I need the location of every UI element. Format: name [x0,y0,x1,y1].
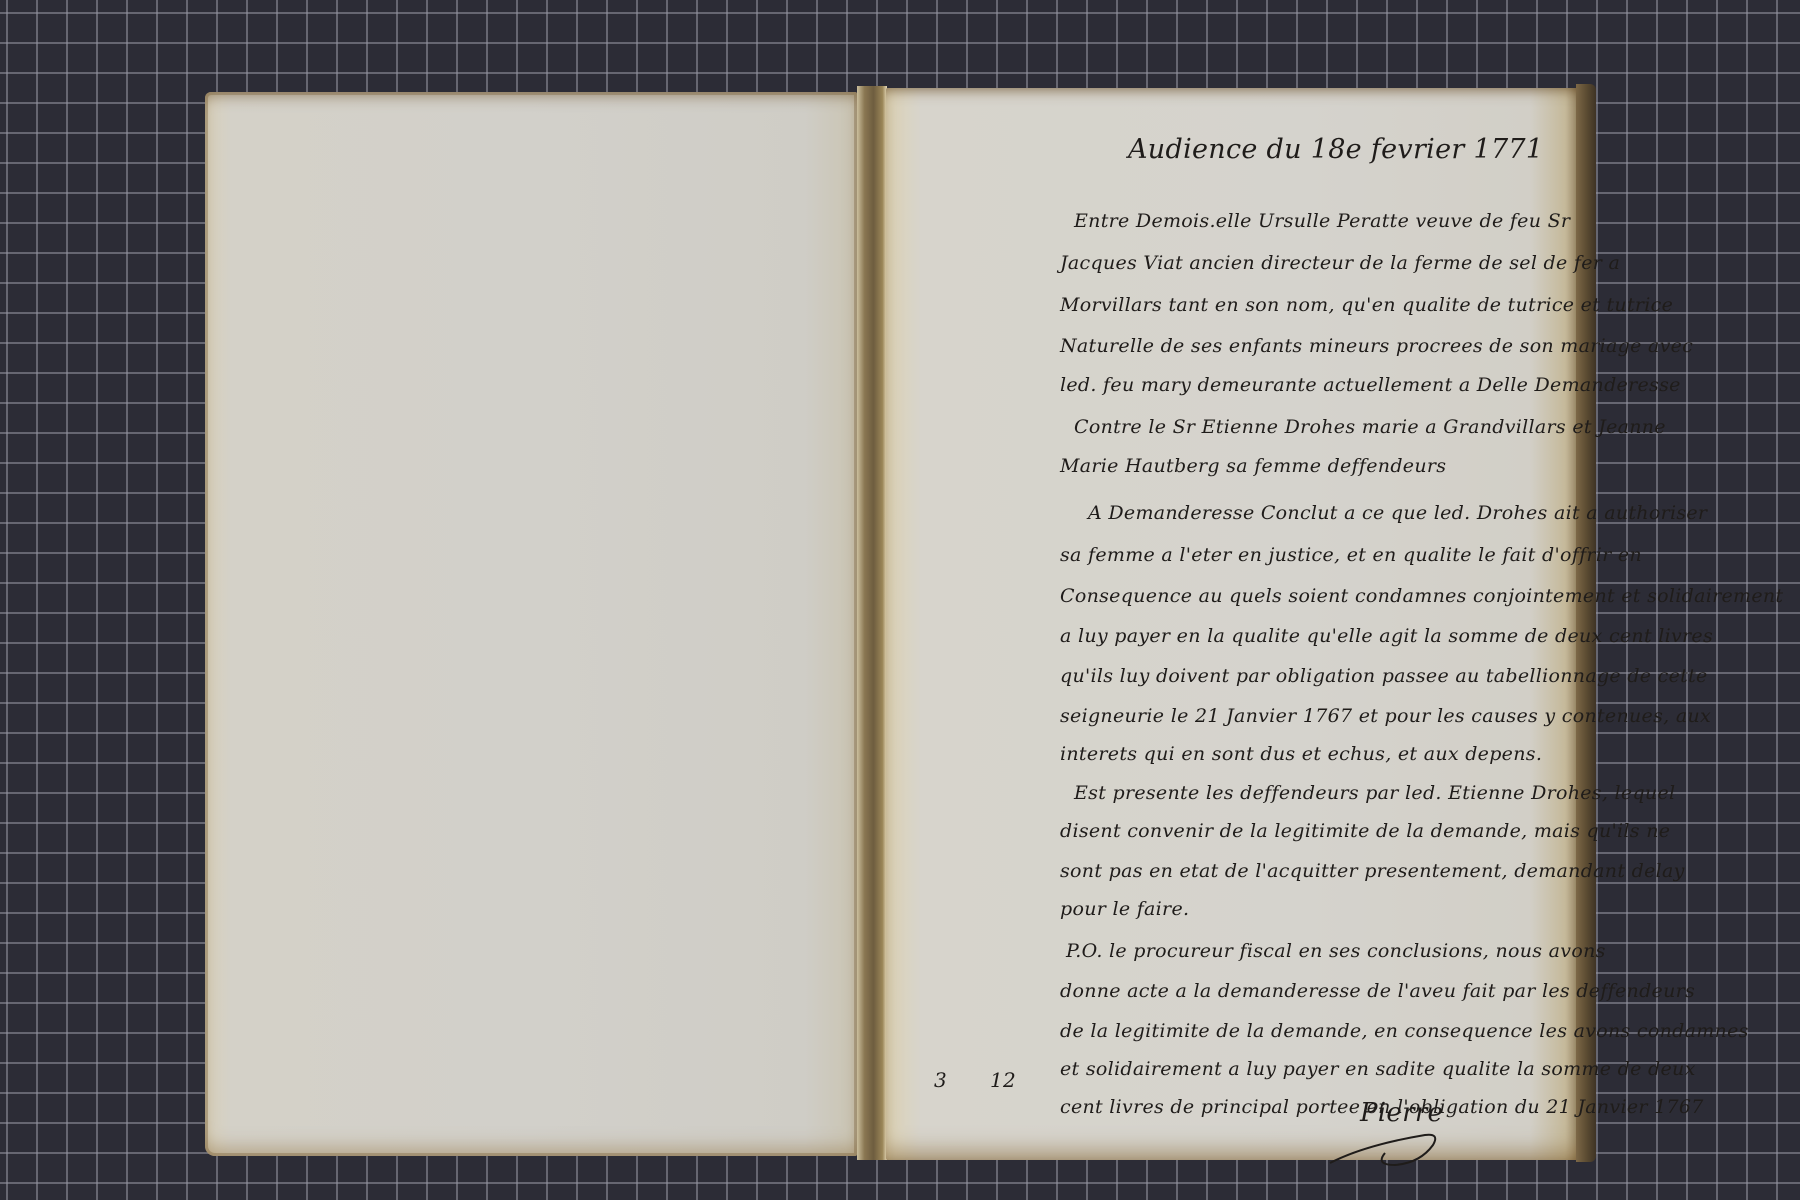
margin-note-3: 3 [934,1068,947,1092]
manuscript-line: Est presente les deffendeurs par led. Et… [1074,782,1675,804]
manuscript-line: qu'ils luy doivent par obligation passee… [1060,665,1708,687]
manuscript-line: led. feu mary demeurante actuellement a … [1060,374,1681,396]
manuscript-line: a luy payer en la qualite qu'elle agit l… [1060,625,1713,647]
manuscript-line: seigneurie le 21 Janvier 1767 et pour le… [1060,705,1711,727]
manuscript-line: de la legitimite de la demande, en conse… [1060,1020,1749,1042]
manuscript-line: et solidairement a luy payer en sadite q… [1060,1058,1696,1080]
manuscript-line: Consequence au quels soient condamnes co… [1060,585,1783,607]
manuscript-line: sa femme a l'eter en justice, et en qual… [1060,544,1642,566]
manuscript-line: sont pas en etat de l'acquitter presente… [1060,860,1685,882]
manuscript-line: pour le faire. [1060,898,1189,920]
left-page-blank [205,92,857,1156]
manuscript-line: Marie Hautberg sa femme deffendeurs [1060,455,1446,477]
signature-flourish-icon [1325,1115,1445,1175]
manuscript-title: Audience du 18e fevrier 1771 [1128,134,1543,165]
margin-note-12: 12 [990,1068,1016,1092]
manuscript-line: Naturelle de ses enfants mineurs procree… [1060,335,1693,357]
book-spine [857,86,887,1160]
manuscript-line: P.O. le procureur fiscal en ses conclusi… [1066,940,1606,962]
manuscript-line: disent convenir de la legitimite de la d… [1060,820,1670,842]
manuscript-line: Jacques Viat ancien directeur de la ferm… [1060,252,1620,274]
manuscript-line: Morvillars tant en son nom, qu'en qualit… [1060,294,1673,316]
manuscript-line: Entre Demois.elle Ursulle Peratte veuve … [1074,210,1570,232]
manuscript-line: A Demanderesse Conclut a ce que led. Dro… [1088,502,1707,524]
manuscript-line: interets qui en sont dus et echus, et au… [1060,743,1542,765]
manuscript-line: Contre le Sr Etienne Drohes marie a Gran… [1074,416,1666,438]
manuscript-line: donne acte a la demanderesse de l'aveu f… [1060,980,1695,1002]
